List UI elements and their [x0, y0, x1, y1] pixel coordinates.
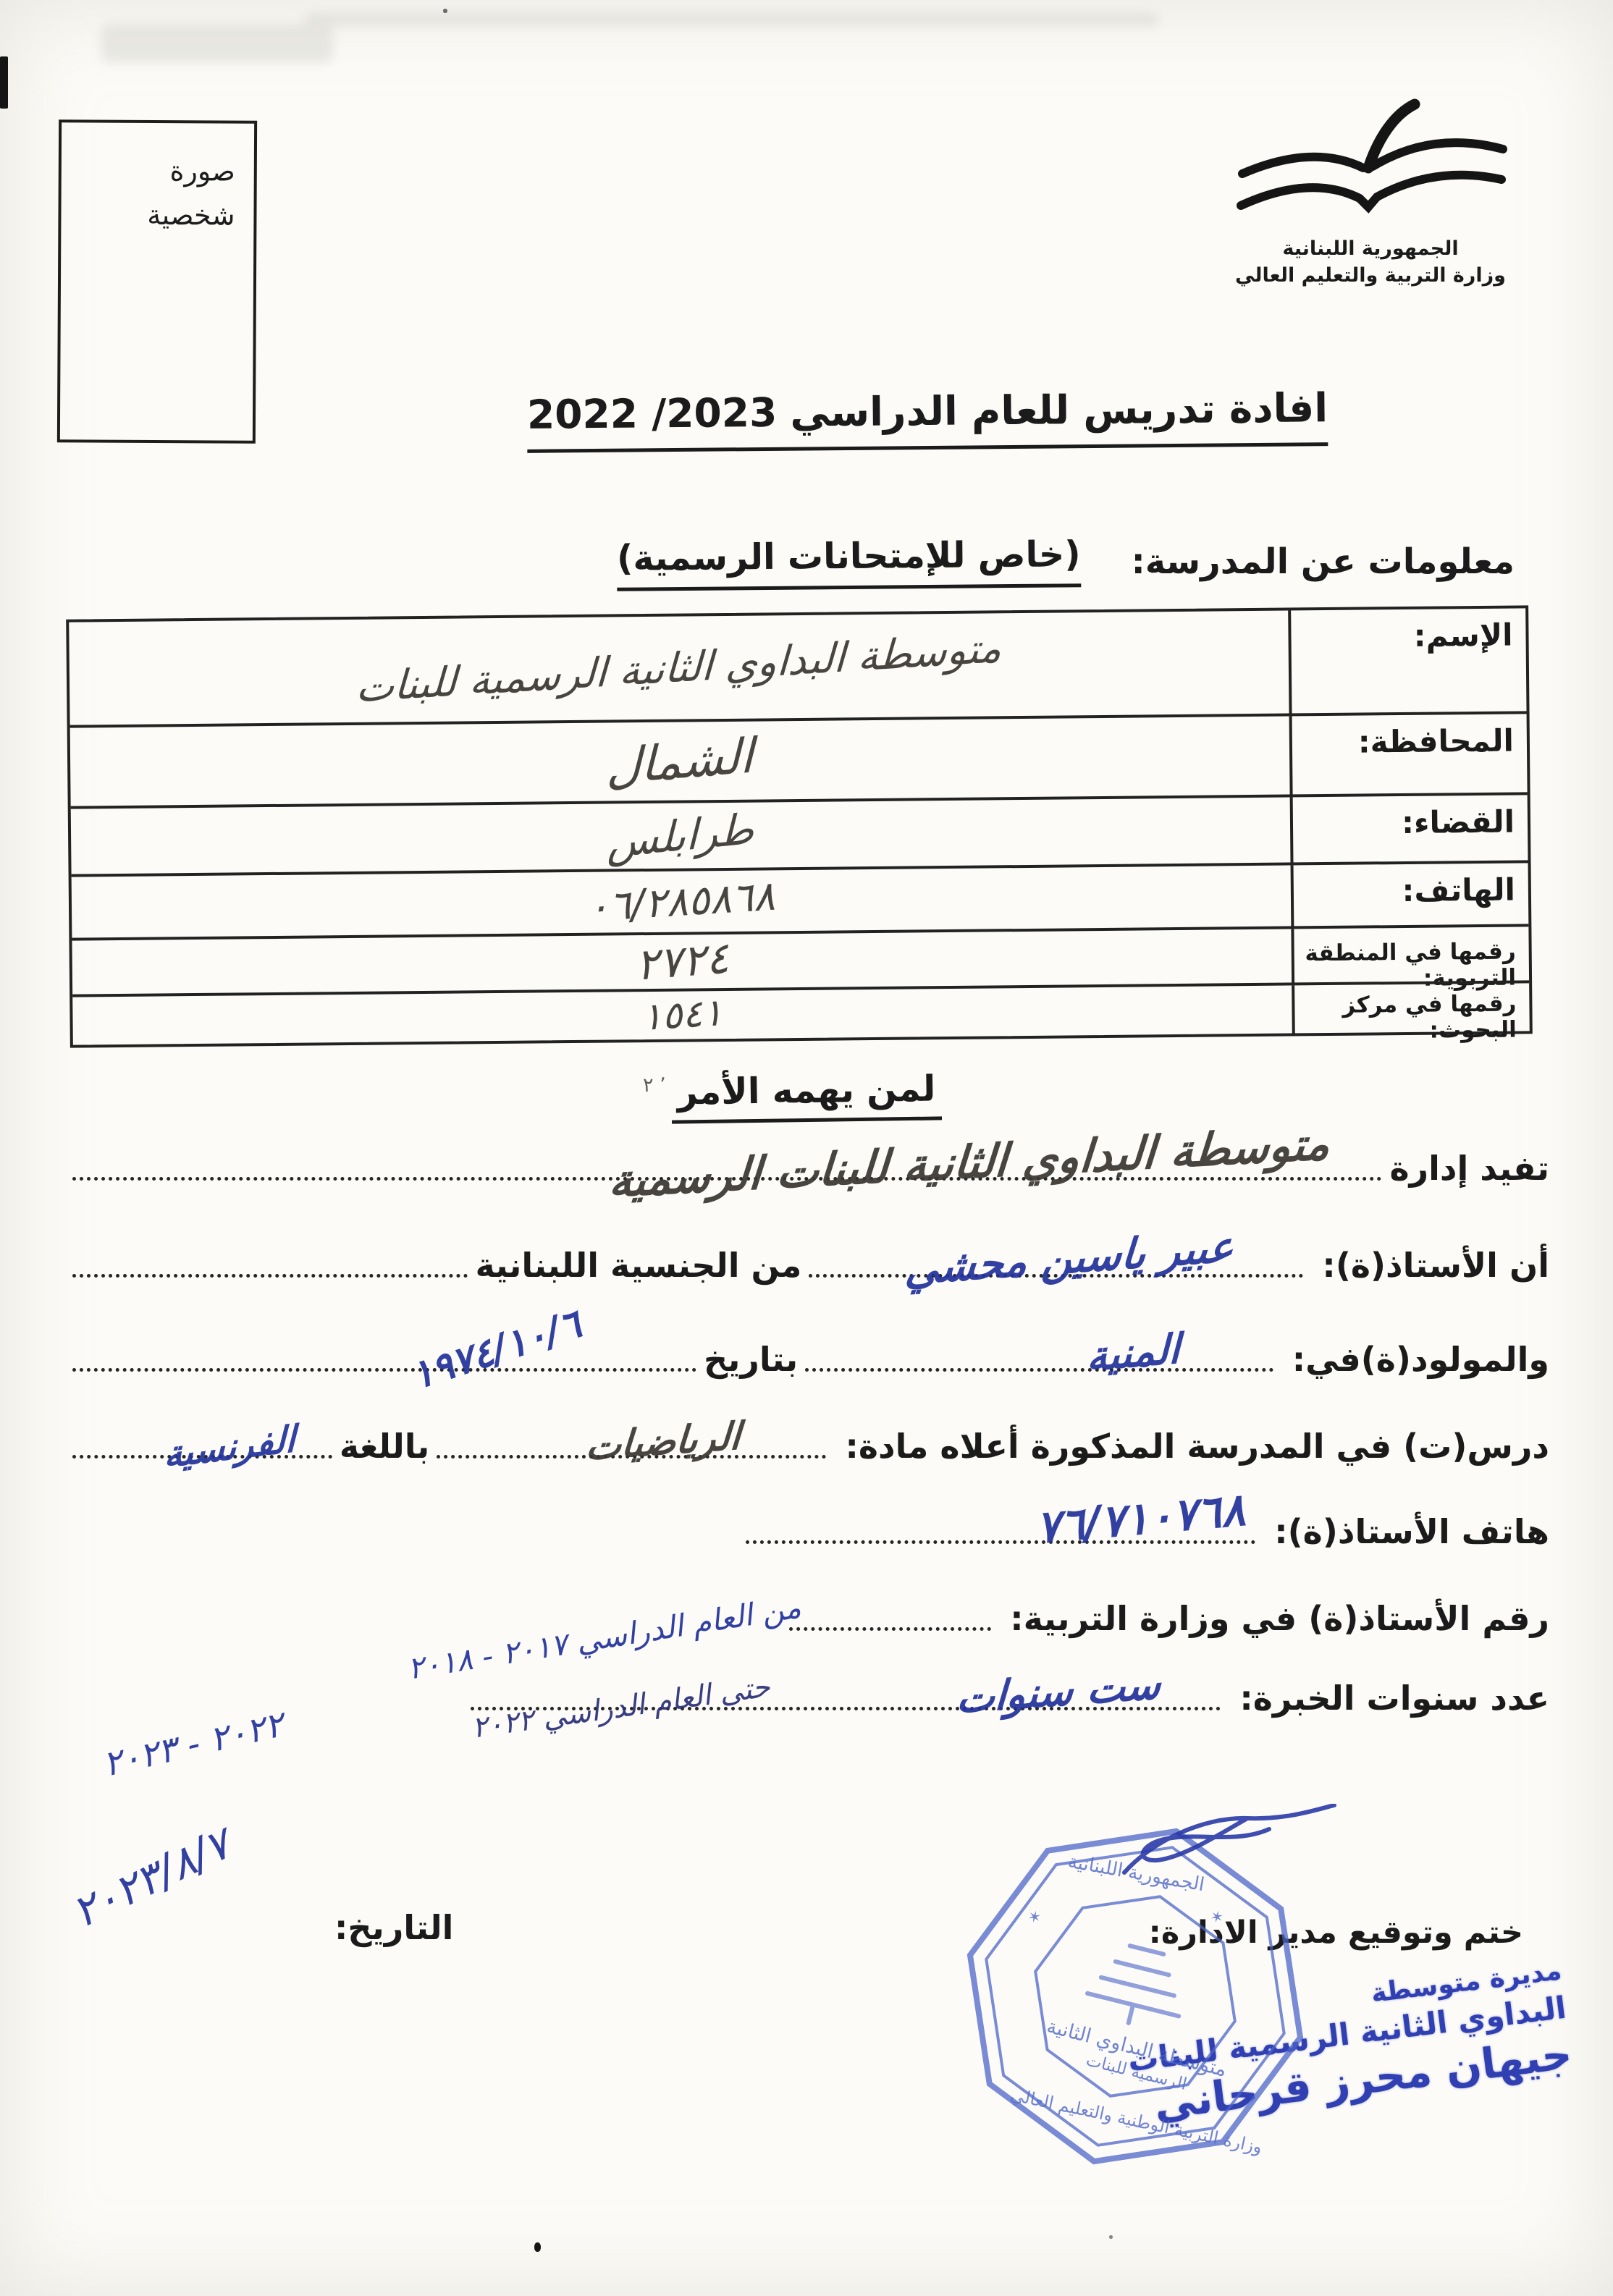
handwritten-teacher-phone: ٧٦/٧١٠٧٦٨ [1034, 1482, 1247, 1553]
scanned-teaching-certificate: صورة شخصية الجمهورية اللبنانية وزارة الت… [0, 0, 1613, 2296]
dotted-fill: الرياضيات [437, 1445, 826, 1459]
row-value-name: متوسطة البداوي الثانية الرسمية للبنات [69, 611, 1289, 725]
date-label: التاريخ: [334, 1908, 453, 1947]
line3-prefix: والمولود(ة)في: [1281, 1341, 1549, 1379]
form-title-text: افادة تدريس للعام الدراسي [790, 384, 1328, 435]
handwritten-subject: الرياضيات [584, 1414, 742, 1469]
scan-speck [534, 2242, 541, 2252]
row-value-district: طرابلس [71, 797, 1291, 874]
handwritten-date: ٢٠٢٣/٨/٧ [64, 1818, 238, 1938]
line-ministry-number: رقم الأستاذ(ة) في وزارة التربية: [782, 1600, 1549, 1638]
line7-prefix: عدد سنوات الخبرة: [1228, 1679, 1549, 1718]
handwritten-experience-years: ست سنوات [956, 1661, 1162, 1723]
handwritten-language: الفرنسية [164, 1417, 295, 1476]
school-info-heading: معلومات عن المدرسة: [1132, 541, 1515, 582]
scan-left-mark [0, 56, 8, 109]
table-row: الإسم: متوسطة البداوي الثانية الرسمية لل… [69, 608, 1526, 725]
line2-suffix: من الجنسية اللبنانية [475, 1246, 801, 1285]
photo-label-line1: صورة [147, 149, 235, 193]
form-title-years: 2022 /2023 [527, 389, 778, 438]
handwritten-district: طرابلس [607, 804, 754, 868]
photo-placeholder-box: صورة شخصية [57, 119, 257, 443]
signature-icon [1113, 1804, 1345, 1905]
line6-prefix: رقم الأستاذ(ة) في وزارة التربية: [998, 1600, 1549, 1638]
line-teacher-phone: هاتف الأستاذ(ة): ٧٦/٧١٠٧٦٨ [738, 1513, 1549, 1551]
handwritten-birthplace: المنية [1086, 1325, 1179, 1381]
row-value-governorate: الشمال [70, 716, 1290, 806]
line4-mid: باللغة [340, 1427, 429, 1466]
handwritten-zone-number: ٢٧٢٤ [633, 933, 730, 991]
dotted-fill: متوسطة البداوي الثانية للبنات الرسمية [72, 1167, 1382, 1181]
line-birth: والمولود(ة)في: المنية بتاريخ ١٩٧٤/١٠/٦ [65, 1341, 1549, 1379]
row-label-district: القضاء: [1290, 795, 1528, 862]
handwritten-school-phone: ٠٦/٢٨٥٨٦٨ [586, 872, 776, 931]
handwritten-school-name: متوسطة البداوي الثانية الرسمية للبنات [355, 624, 1003, 712]
row-label-zone-number: رقمها في المنطقة التربوية: [1291, 927, 1529, 982]
dotted-fill: ٧٦/٧١٠٧٦٨ [746, 1530, 1255, 1544]
school-info-table: الإسم: متوسطة البداوي الثانية الرسمية لل… [66, 605, 1533, 1047]
row-label-governorate: المحافظة: [1289, 714, 1528, 794]
line-certifies: تفيد إدارة متوسطة البداوي الثانية للبنات… [65, 1149, 1549, 1188]
handwritten-birthdate: ١٩٧٤/١٠/٦ [406, 1301, 587, 1398]
row-label-phone: الهاتف: [1291, 863, 1529, 926]
row-label-research-number: رقمها في مركز البحوث: [1292, 983, 1530, 1033]
scan-smudge [304, 13, 1158, 26]
handwritten-governorate: الشمال [606, 727, 754, 795]
director-signature [1113, 1804, 1345, 1905]
row-value-phone: ٠٦/٢٨٥٨٦٨ [72, 865, 1292, 937]
scan-speck [1109, 2235, 1113, 2239]
photo-label-line2: شخصية [147, 193, 235, 237]
concern-heading: لمن يهمه الأمر [671, 1068, 942, 1123]
ministry-name: وزارة التربية والتعليم العالي [1215, 264, 1526, 287]
svg-text:✶: ✶ [1208, 1907, 1226, 1928]
form-subtitle: (خاص للإمتحانات الرسمية) [617, 533, 1081, 591]
scan-speck [443, 9, 447, 13]
handwritten-research-number: ١٥٤١ [641, 991, 724, 1039]
line-teacher-name: أن الأستاذ(ة): عبير ياسين محشي من الجنسي… [65, 1246, 1549, 1285]
handwritten-from-year-annotation: من العام الدراسي ٢٠١٧ - ٢٠١٨ [405, 1589, 804, 1686]
table-row: المحافظة: الشمال [70, 711, 1528, 806]
dotted-fill: عبير ياسين محشي [809, 1264, 1303, 1278]
concern-side-marks: ٬ ٢ [643, 1074, 666, 1097]
photo-placeholder-label: صورة شخصية [147, 149, 235, 237]
line1-prefix: تفيد إدارة [1389, 1149, 1549, 1188]
scan-top-edge [0, 0, 1613, 4]
handwritten-years-below: ٢٠٢٢ - ٢٠٢٣ [99, 1704, 287, 1785]
line-subject: درس(ت) في المدرسة المذكورة أعلاه مادة: ا… [65, 1427, 1549, 1466]
dotted-fill: ١٩٧٤/١٠/٦ [72, 1358, 696, 1372]
row-value-research-number: ١٥٤١ [72, 985, 1292, 1044]
line3-mid: بتاريخ [704, 1341, 798, 1379]
dotted-fill: المنية [805, 1358, 1273, 1372]
handwritten-teacher-name: عبير ياسين محشي [904, 1222, 1235, 1294]
handwritten-school-name-body: متوسطة البداوي الثانية للبنات الرسمية [607, 1117, 1331, 1208]
ministry-country: الجمهورية اللبنانية [1215, 237, 1526, 260]
svg-text:✶: ✶ [1026, 1907, 1043, 1928]
line2-prefix: أن الأستاذ(ة): [1310, 1246, 1549, 1285]
dotted-fill [72, 1264, 468, 1278]
stamp-ring-bottom-text: وزارة التربية الوطنية والتعليم العالي [1008, 2085, 1263, 2158]
dotted-fill [789, 1617, 991, 1631]
open-book-icon [1215, 93, 1526, 237]
line5-prefix: هاتف الأستاذ(ة): [1263, 1513, 1549, 1551]
line4-prefix: درس(ت) في المدرسة المذكورة أعلاه مادة: [833, 1427, 1549, 1466]
row-label-name: الإسم: [1288, 608, 1526, 713]
scan-smudge [101, 25, 333, 62]
form-title: افادة تدريس للعام الدراسي 2022 /2023 [527, 384, 1328, 453]
dotted-fill: الفرنسية [72, 1445, 332, 1459]
ministry-logo: الجمهورية اللبنانية وزارة التربية والتعل… [1215, 93, 1526, 287]
